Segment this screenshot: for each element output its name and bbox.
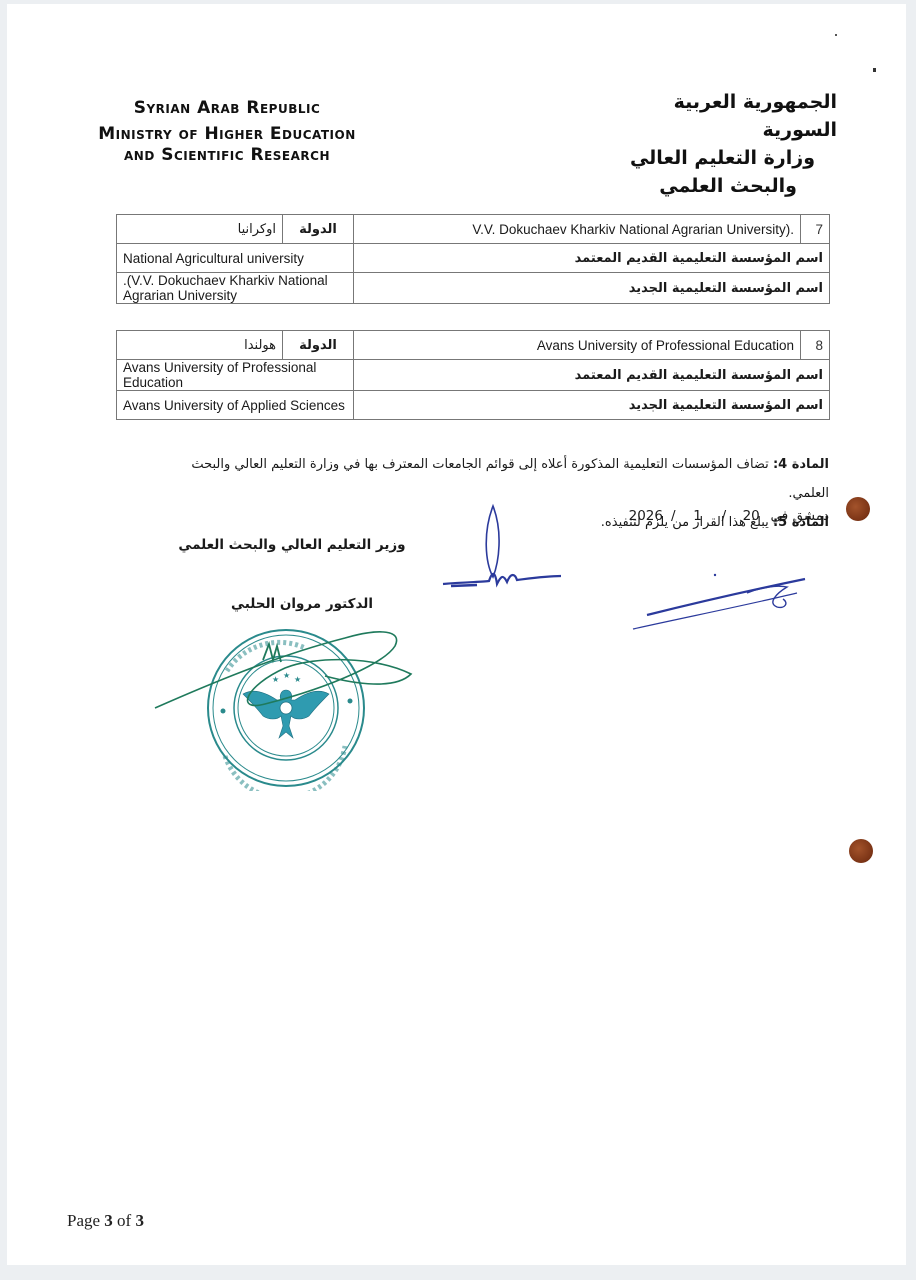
date-line: دمشق في 20 / 1 / 2026 [607,508,829,524]
article-label: المادة 4: [773,457,829,472]
new-name-label: اسم المؤسسة التعليمية الجديد [354,273,830,304]
ministry-name-ar-line1: وزارة التعليم العالي [607,144,837,172]
country-label: الدولة [283,331,354,360]
official-stamp-icon: ★ ★ ★ [145,616,420,791]
article-4: المادة 4: تضاف المؤسسات التعليمية المذكو… [157,450,829,508]
punch-hole-icon [849,839,873,863]
page-footer: Page 3 of 3 [67,1211,144,1231]
old-name-label: اسم المؤسسة التعليمية القديم المعتمد [354,360,830,391]
institution-name: V.V. Dokuchaev Kharkiv National Agrarian… [354,215,801,244]
date-year: 2026 [629,508,663,524]
ministry-name-en-line2: and Scientific Research [67,145,387,165]
new-name-value: .(V.V. Dokuchaev Kharkiv National Agrari… [117,273,354,304]
page-word: Page [67,1211,100,1230]
page-total: 3 [135,1211,144,1230]
country-name-ar: الجمهورية العربية السورية [607,88,837,144]
punch-hole-icon [846,497,870,521]
signature-center-icon [437,502,567,597]
row-number: 8 [801,331,830,360]
institution-table-8: 8 Avans University of Professional Educa… [116,330,830,420]
scan-speck [873,68,876,72]
country-label: الدولة [283,215,354,244]
old-name-value: Avans University of Professional Educati… [117,360,354,391]
old-name-label: اسم المؤسسة التعليمية القديم المعتمد [354,244,830,273]
document-page: Syrian Arab Republic Ministry of Higher … [7,4,906,1265]
table-row: اسم المؤسسة التعليمية القديم المعتمد Ava… [117,360,830,391]
country-name-en: Syrian Arab Republic [67,96,387,120]
page-of-word: of [117,1211,131,1230]
svg-text:★: ★ [294,675,301,684]
page-current: 3 [104,1211,113,1230]
date-month: 1 [684,508,712,524]
svg-text:★: ★ [272,675,279,684]
ministry-name-ar-line2: والبحث العلمي [607,172,837,200]
new-name-value: Avans University of Applied Sciences [117,391,354,420]
table-row: اسم المؤسسة التعليمية الجديد .(V.V. Doku… [117,273,830,304]
english-letterhead: Syrian Arab Republic Ministry of Higher … [67,96,387,165]
date-prefix: دمشق في [770,508,829,524]
old-name-value: National Agricultural university [117,244,354,273]
signature-right-icon [627,569,817,634]
ministry-name-en-line1: Ministry of Higher Education [67,123,387,145]
table-row: اسم المؤسسة التعليمية الجديد Avans Unive… [117,391,830,420]
minister-title: وزير التعليم العالي والبحث العلمي [177,537,407,553]
scan-speck [835,34,837,36]
date-separator: / [667,508,679,524]
institution-table-7: 7 V.V. Dokuchaev Kharkiv National Agrari… [116,214,830,304]
country-value: هولندا [117,331,283,360]
institution-name: Avans University of Professional Educati… [354,331,801,360]
row-number: 7 [801,215,830,244]
table-row: اسم المؤسسة التعليمية القديم المعتمد Nat… [117,244,830,273]
new-name-label: اسم المؤسسة التعليمية الجديد [354,391,830,420]
arabic-letterhead: الجمهورية العربية السورية وزارة التعليم … [607,88,837,200]
svg-text:★: ★ [283,671,290,680]
date-day: 20 [736,508,766,524]
date-separator: / [716,508,732,524]
country-value: اوكرانيا [117,215,283,244]
table-row: 7 V.V. Dokuchaev Kharkiv National Agrari… [117,215,830,244]
table-row: 8 Avans University of Professional Educa… [117,331,830,360]
minister-name: الدكتور مروان الحلبي [177,596,427,612]
article-text: تضاف المؤسسات التعليمية المذكورة أعلاه إ… [191,457,829,501]
